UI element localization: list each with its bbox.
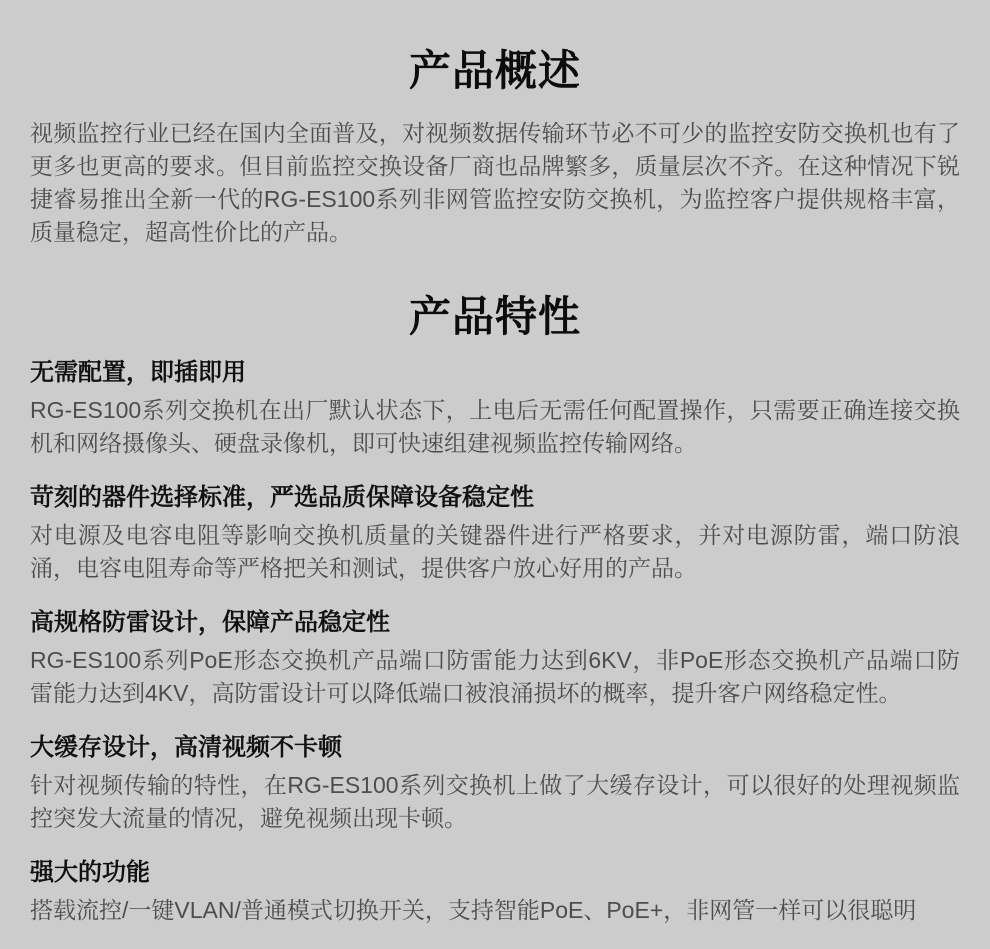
feature-paragraph: RG-ES100系列交换机在出厂默认状态下，上电后无需任何配置操作，只需要正确连… (30, 394, 960, 460)
product-description-page: 产品概述 视频监控行业已经在国内全面普及，对视频数据传输环节必不可少的监控安防交… (0, 0, 990, 949)
feature-block-plug-and-play: 无需配置，即插即用 RG-ES100系列交换机在出厂默认状态下，上电后无需任何配… (30, 357, 960, 460)
feature-paragraph: 搭载流控/一键VLAN/普通模式切换开关，支持智能PoE、PoE+，非网管一样可… (30, 894, 960, 927)
features-section-title: 产品特性 (30, 293, 960, 341)
feature-paragraph: 针对视频传输的特性，在RG-ES100系列交换机上做了大缓存设计，可以很好的处理… (30, 769, 960, 835)
feature-heading: 强大的功能 (30, 857, 960, 889)
feature-heading: 苛刻的器件选择标准，严选品质保障设备稳定性 (30, 482, 960, 514)
feature-block-powerful-functions: 强大的功能 搭载流控/一键VLAN/普通模式切换开关，支持智能PoE、PoE+，… (30, 857, 960, 927)
product-overview-section: 产品概述 视频监控行业已经在国内全面普及，对视频数据传输环节必不可少的监控安防交… (30, 47, 960, 249)
overview-section-title: 产品概述 (30, 47, 960, 95)
feature-heading: 无需配置，即插即用 (30, 357, 960, 389)
overview-paragraph: 视频监控行业已经在国内全面普及，对视频数据传输环节必不可少的监控安防交换机也有了… (30, 117, 960, 249)
feature-paragraph: RG-ES100系列PoE形态交换机产品端口防雷能力达到6KV，非PoE形态交换… (30, 644, 960, 710)
feature-paragraph: 对电源及电容电阻等影响交换机质量的关键器件进行严格要求，并对电源防雷，端口防浪涌… (30, 519, 960, 585)
feature-block-component-quality: 苛刻的器件选择标准，严选品质保障设备稳定性 对电源及电容电阻等影响交换机质量的关… (30, 482, 960, 585)
feature-block-large-buffer: 大缓存设计，高清视频不卡顿 针对视频传输的特性，在RG-ES100系列交换机上做… (30, 732, 960, 835)
product-features-section: 产品特性 无需配置，即插即用 RG-ES100系列交换机在出厂默认状态下，上电后… (30, 293, 960, 927)
feature-heading: 大缓存设计，高清视频不卡顿 (30, 732, 960, 764)
feature-heading: 高规格防雷设计，保障产品稳定性 (30, 607, 960, 639)
feature-block-lightning-protection: 高规格防雷设计，保障产品稳定性 RG-ES100系列PoE形态交换机产品端口防雷… (30, 607, 960, 710)
